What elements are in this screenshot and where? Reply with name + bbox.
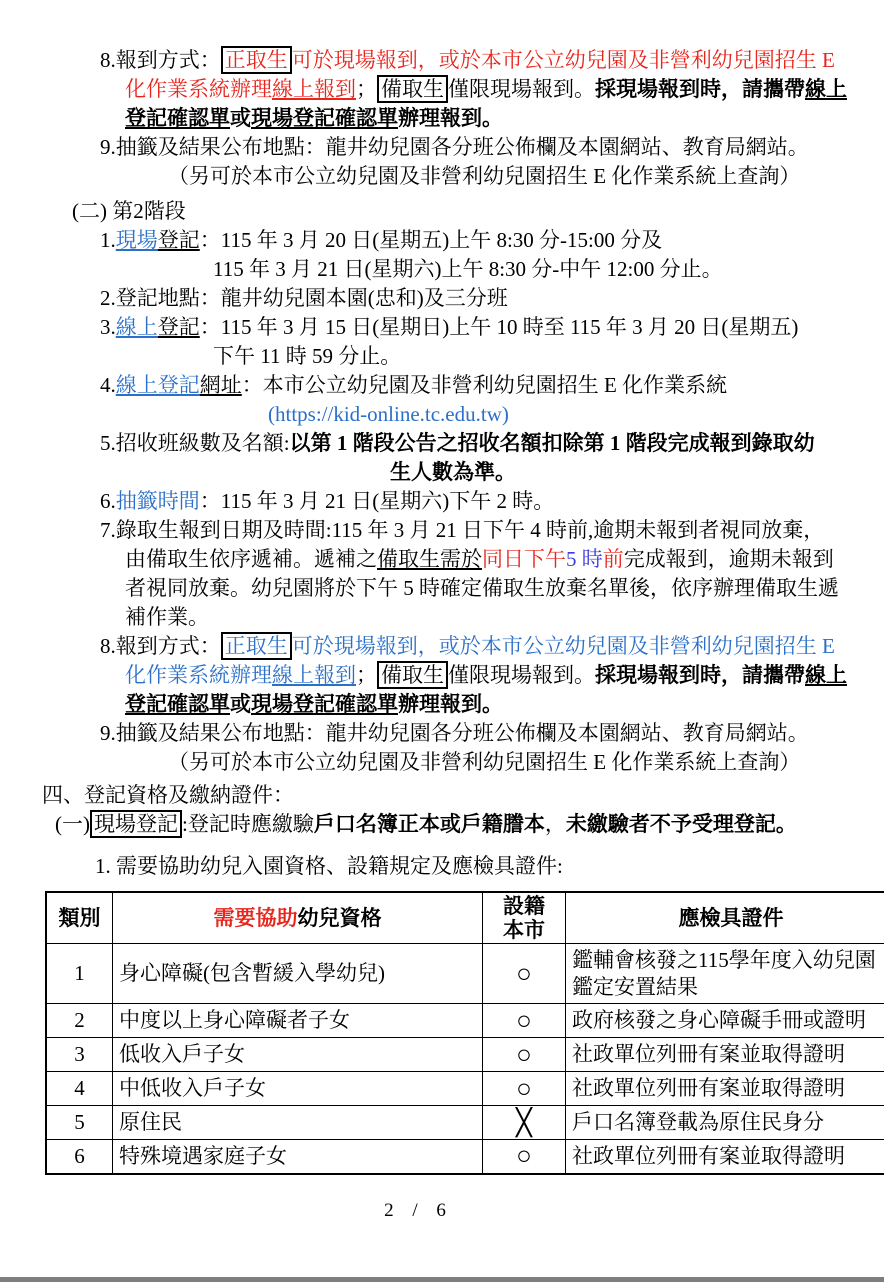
punctuation: ；	[356, 77, 377, 101]
plain-text: （另可於本市公立幼兒園及非營利幼兒園招生 E 化作業系統上查詢）	[168, 164, 800, 188]
cell-documents: 政府核發之身心障礙手冊或證明	[566, 1004, 884, 1038]
document-page: 8.報到方式：正取生可於現場報到，或於本市公立幼兒園及非營利幼兒園招生 E 化作…	[0, 0, 884, 1285]
header-category: 類別	[46, 892, 113, 944]
cell-no: 4	[46, 1072, 113, 1106]
header-qualification: 需要協助幼兒資格	[113, 892, 483, 944]
header-qualification-red: 需要協助	[214, 906, 298, 930]
boxed-waitlist: 備取生	[377, 75, 448, 103]
plain-text: 登記地點：龍井幼兒園本園(忠和)及三分班	[116, 286, 508, 310]
stage2-heading: (二) 第2階段	[0, 197, 884, 226]
blue-text: 可於現場報到，或於本市公立幼兒園及非營利幼兒園招生 E	[292, 634, 835, 658]
item-number: 5.	[100, 431, 116, 455]
item-label: 招收班級數及名額:	[116, 431, 290, 455]
punctuation: ，	[545, 812, 566, 836]
bold-text: 辦理報到。	[398, 692, 503, 716]
bold-text: 辦理報到。	[398, 106, 503, 130]
cell-no: 3	[46, 1038, 113, 1072]
bold-text: 以第 1 階段公告之招收名額扣除第 1 階段完成報到錄取幼	[290, 431, 815, 455]
qualification-table: 類別 需要協助幼兒資格 設籍本市 應檢具證件 1 身心障礙(包含暫緩入學幼兒) …	[45, 891, 884, 1175]
page-number: 2 / 6	[0, 1196, 830, 1225]
table-header-row: 類別 需要協助幼兒資格 設籍本市 應檢具證件	[46, 892, 884, 944]
blue-text: 化作業系統辦理	[125, 663, 272, 687]
cell-no: 2	[46, 1004, 113, 1038]
plain-text: 下午 11 時 59 分止。	[213, 344, 401, 368]
bold-text: 未繳驗者不予受理登記。	[566, 812, 797, 836]
cell-documents: 社政單位列冊有案並取得證明	[566, 1140, 884, 1174]
cell-qualification: 原住民	[113, 1106, 483, 1140]
plain-text: 僅限現場報到。	[448, 663, 595, 687]
cell-documents: 社政單位列冊有案並取得證明	[566, 1038, 884, 1072]
plain-text: ：115 年 3 月 21 日(星期六)下午 2 時。	[200, 489, 554, 513]
plain-text: ：本市公立幼兒園及非營利幼兒園招生 E 化作業系統	[242, 373, 727, 397]
plain-text: ：115 年 3 月 15 日(星期日)上午 10 時至 115 年 3 月 2…	[200, 315, 799, 339]
plain-text: 者視同放棄。幼兒園將於下午 5 時確定備取生放棄名單後，依序辦理備取生遞	[125, 576, 839, 600]
cell-no: 1	[46, 944, 113, 1004]
stage1-item-lottery-location: 9.抽籤及結果公布地點：龍井幼兒園各分班公佈欄及本園網站、教育局網站。 （另可於…	[0, 133, 884, 191]
punctuation: ；	[356, 663, 377, 687]
item-number: 4.	[100, 373, 116, 397]
cell-resident-mark: ○	[483, 1004, 566, 1038]
stage2-item-lottery-time: 6.抽籤時間：115 年 3 月 21 日(星期六)下午 2 時。	[0, 487, 884, 516]
bold-underline-text: 現場登記確認單	[251, 692, 398, 716]
bold-underline-text: 登記確認單	[125, 692, 230, 716]
cell-documents: 社政單位列冊有案並取得證明	[566, 1072, 884, 1106]
bold-text: 或	[230, 106, 251, 130]
cell-qualification: 身心障礙(包含暫緩入學幼兒)	[113, 944, 483, 1004]
stage1-item-report-method: 8.報到方式：正取生可於現場報到，或於本市公立幼兒園及非營利幼兒園招生 E 化作…	[0, 46, 884, 133]
plain-text: 115 年 3 月 21 日(星期六)上午 8:30 分-中午 12:00 分止…	[213, 257, 723, 281]
bold-underline-text: 線上	[805, 77, 847, 101]
cell-resident-mark: ○	[483, 1140, 566, 1174]
plain-text: （另可於本市公立幼兒園及非營利幼兒園招生 E 化作業系統上查詢）	[168, 750, 800, 774]
stage2-item-onsite-registration: 1.現場登記：115 年 3 月 20 日(星期五)上午 8:30 分-15:0…	[0, 226, 884, 284]
cell-qualification: 特殊境遇家庭子女	[113, 1140, 483, 1174]
item-number: 6.	[100, 489, 116, 513]
item-number: 8.	[100, 48, 116, 72]
bold-text: 戶口名簿正本或戶籍謄本	[314, 812, 545, 836]
cell-no: 5	[46, 1106, 113, 1140]
red-underline-online-checkin: 線上報到	[272, 77, 356, 101]
table-row: 2 中度以上身心障礙者子女 ○ 政府核發之身心障礙手冊或證明	[46, 1004, 884, 1038]
bold-underline-text: 現場登記確認單	[251, 106, 398, 130]
link-like-text: 線上登記	[116, 373, 200, 397]
table-row: 4 中低收入戶子女 ○ 社政單位列冊有案並取得證明	[46, 1072, 884, 1106]
boxed-primary-admit: 正取生	[221, 632, 292, 660]
boxed-primary-admit: 正取生	[221, 46, 292, 74]
stage2-item-registration-place: 2.登記地點：龍井幼兒園本園(忠和)及三分班	[0, 284, 884, 313]
plain-text: :登記時應繳驗	[182, 812, 314, 836]
underline-text: 登記	[158, 315, 200, 339]
table-row: 5 原住民 ╳ 戶口名簿登載為原住民身分	[46, 1106, 884, 1140]
table-row: 6 特殊境遇家庭子女 ○ 社政單位列冊有案並取得證明	[46, 1140, 884, 1174]
plain-text: 錄取生報到日期及時間:115 年 3 月 21 日下午 4 時前,逾期未報到者視…	[116, 518, 825, 542]
bold-underline-text: 登記確認單	[125, 106, 230, 130]
red-text: 可於現場報到，或於本市公立幼兒園及非營利幼兒園招生 E	[292, 48, 835, 72]
item-number: 2.	[100, 286, 116, 310]
stage2-item-report-method: 8.報到方式：正取生可於現場報到，或於本市公立幼兒園及非營利幼兒園招生 E 化作…	[0, 632, 884, 719]
red-text: 化作業系統辦理	[125, 77, 272, 101]
underline-text: 網址	[200, 373, 242, 397]
item-number: 8.	[100, 634, 116, 658]
item-number: 7.	[100, 518, 116, 542]
indigo-time-text: 5 時	[566, 547, 603, 571]
link-like-text: 現場	[116, 228, 158, 252]
cell-documents: 鑑輔會核發之115學年度入幼兒園鑑定安置結果	[566, 944, 884, 1004]
item-number: 3.	[100, 315, 116, 339]
red-text: 同日下午	[482, 547, 566, 571]
item-label: 報到方式：	[116, 634, 221, 658]
table-row: 1 身心障礙(包含暫緩入學幼兒) ○ 鑑輔會核發之115學年度入幼兒園鑑定安置結…	[46, 944, 884, 1004]
boxed-onsite-registration: 現場登記	[90, 810, 182, 838]
blue-label: 抽籤時間	[116, 489, 200, 513]
header-resident-line2: 本市	[503, 918, 545, 942]
item-number: 9.	[100, 135, 116, 159]
blue-underline-online-checkin: 線上報到	[272, 663, 356, 687]
stage2-item-lottery-location: 9.抽籤及結果公布地點：龍井幼兒園各分班公佈欄及本園網站、教育局網站。 （另可於…	[0, 719, 884, 777]
stage2-item-online-registration: 3.線上登記：115 年 3 月 15 日(星期日)上午 10 時至 115 年…	[0, 313, 884, 371]
item-number: 1.	[100, 228, 116, 252]
section4-heading: 四、登記資格及繳納證件：	[0, 781, 884, 810]
bold-text: 採現場報到時，請攜帶	[595, 663, 805, 687]
bold-text: 生人數為準。	[390, 460, 516, 484]
table-row: 3 低收入戶子女 ○ 社政單位列冊有案並取得證明	[46, 1038, 884, 1072]
plain-text: 由備取生依序遞補。遞補之	[125, 547, 377, 571]
item-number: 9.	[100, 721, 116, 745]
cell-qualification: 中低收入戶子女	[113, 1072, 483, 1106]
plain-text: 僅限現場報到。	[448, 77, 595, 101]
cell-no: 6	[46, 1140, 113, 1174]
link-like-text: 線上	[116, 315, 158, 339]
plain-text: 抽籤及結果公布地點：龍井幼兒園各分班公佈欄及本園網站、教育局網站。	[116, 721, 809, 745]
underline-text: 登記	[158, 228, 200, 252]
header-resident-line1: 設籍	[503, 894, 545, 918]
stage2-item-online-registration-url: 4.線上登記網址：本市公立幼兒園及非營利幼兒園招生 E 化作業系統 (https…	[0, 371, 884, 429]
boxed-waitlist: 備取生	[377, 661, 448, 689]
registration-url: (https://kid-online.tc.edu.tw)	[268, 402, 509, 426]
underline-text: 備取生需於	[377, 547, 482, 571]
plain-text: 補作業。	[125, 605, 209, 629]
bold-underline-text: 線上	[805, 663, 847, 687]
cell-resident-mark: ○	[483, 944, 566, 1004]
header-documents: 應檢具證件	[566, 892, 884, 944]
red-text: 前	[603, 547, 624, 571]
cell-resident-mark: ╳	[483, 1106, 566, 1140]
cell-qualification: 中度以上身心障礙者子女	[113, 1004, 483, 1038]
bold-text: 或	[230, 692, 251, 716]
section4-item1: 1. 需要協助幼兒入園資格、設籍規定及應檢具證件:	[0, 852, 884, 881]
plain-text: 完成報到，逾期未報到	[624, 547, 834, 571]
stage2-item-checkin-deadline: 7.錄取生報到日期及時間:115 年 3 月 21 日下午 4 時前,逾期未報到…	[0, 516, 884, 632]
plain-text: 抽籤及結果公布地點：龍井幼兒園各分班公佈欄及本園網站、教育局網站。	[116, 135, 809, 159]
item-number: (一)	[55, 812, 90, 836]
cell-documents: 戶口名簿登載為原住民身分	[566, 1106, 884, 1140]
header-resident: 設籍本市	[483, 892, 566, 944]
cell-resident-mark: ○	[483, 1038, 566, 1072]
item-label: 報到方式：	[116, 48, 221, 72]
stage2-item-class-quota: 5.招收班級數及名額:以第 1 階段公告之招收名額扣除第 1 階段完成報到錄取幼…	[0, 429, 884, 487]
cell-qualification: 低收入戶子女	[113, 1038, 483, 1072]
cell-resident-mark: ○	[483, 1072, 566, 1106]
section4-sub1-onsite-registration: (一)現場登記:登記時應繳驗戶口名簿正本或戶籍謄本，未繳驗者不予受理登記。	[0, 810, 884, 839]
bottom-divider-bar	[0, 1277, 884, 1282]
header-qualification-black: 幼兒資格	[298, 906, 382, 930]
plain-text: ：115 年 3 月 20 日(星期五)上午 8:30 分-15:00 分及	[200, 228, 662, 252]
bold-text: 採現場報到時，請攜帶	[595, 77, 805, 101]
